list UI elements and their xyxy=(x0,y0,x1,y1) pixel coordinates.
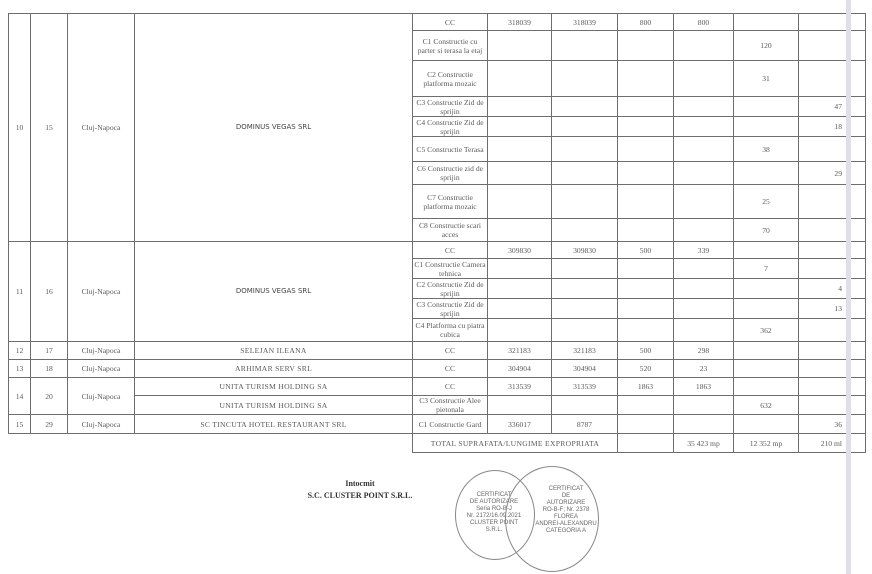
area-value xyxy=(674,61,734,97)
cadastral-number: 29 xyxy=(31,415,68,434)
built-area-value: 70 xyxy=(734,219,799,242)
area-value: 1863 xyxy=(674,378,734,396)
area-value xyxy=(674,319,734,342)
stamp-line: DE xyxy=(535,493,597,500)
owner-name: UNITA TURISM HOLDING SA xyxy=(135,396,413,415)
building-description: C6 Constructie zid de sprijin xyxy=(413,162,488,185)
edge-cell xyxy=(849,360,866,378)
built-area-value xyxy=(734,378,799,396)
area-value xyxy=(618,97,674,117)
edge-cell xyxy=(849,434,866,453)
building-description: CC xyxy=(413,360,488,378)
area-value xyxy=(488,279,552,299)
area-value: 304904 xyxy=(488,360,552,378)
expropriation-table: 1015Cluj-NapocaDOMINUS VEGAS SRLCC318039… xyxy=(8,13,866,453)
area-value xyxy=(488,319,552,342)
building-description: C5 Constructie Terasa xyxy=(413,137,488,162)
locality: Cluj-Napoca xyxy=(68,342,135,360)
owner-name: ARHIMAR SERV SRL xyxy=(135,360,413,378)
area-value xyxy=(674,162,734,185)
edge-cell xyxy=(849,97,866,117)
area-value xyxy=(618,162,674,185)
building-description: C7 Constructie platforma mozaic xyxy=(413,185,488,219)
area-value: 309830 xyxy=(552,242,618,259)
area-value xyxy=(488,117,552,137)
blank xyxy=(9,434,413,453)
document-page: 1015Cluj-NapocaDOMINUS VEGAS SRLCC318039… xyxy=(0,0,872,574)
owner-name: DOMINUS VEGAS SRL xyxy=(135,14,413,242)
row-number: 10 xyxy=(9,14,31,242)
stamp-line: CATEGORIA A xyxy=(535,528,597,535)
edge-cell xyxy=(849,415,866,434)
built-area-value xyxy=(734,415,799,434)
table-row: 1318Cluj-NapocaARHIMAR SERV SRLCC3049043… xyxy=(9,360,866,378)
area-value xyxy=(488,185,552,219)
area-value xyxy=(552,137,618,162)
stamp-line: RO-B-F; Nr. 2378 xyxy=(535,507,597,514)
area-value xyxy=(488,396,552,415)
area-value xyxy=(674,185,734,219)
area-value xyxy=(618,299,674,319)
length-value xyxy=(799,396,849,415)
area-value: 336017 xyxy=(488,415,552,434)
building-description: C3 Constructie Zid de sprijin xyxy=(413,299,488,319)
table-row: 1529Cluj-NapocaSC TINCUTA HOTEL RESTAURA… xyxy=(9,415,866,434)
area-value: 339 xyxy=(674,242,734,259)
owner-name: UNITA TURISM HOLDING SA xyxy=(135,378,413,396)
area-value: 23 xyxy=(674,360,734,378)
area-value xyxy=(618,396,674,415)
length-value: 13 xyxy=(799,299,849,319)
area-value xyxy=(552,185,618,219)
built-area-value xyxy=(734,117,799,137)
table-row: 1116Cluj-NapocaDOMINUS VEGAS SRLCC309830… xyxy=(9,242,866,259)
area-value xyxy=(618,279,674,299)
building-description: CC xyxy=(413,14,488,31)
built-area-value: 38 xyxy=(734,137,799,162)
built-area-value xyxy=(734,14,799,31)
length-value xyxy=(799,319,849,342)
building-description: C4 Constructie Zid de sprijin xyxy=(413,117,488,137)
area-value xyxy=(674,219,734,242)
area-value xyxy=(674,137,734,162)
table-row: 1217Cluj-NapocaSELEJAN ILEANACC321183321… xyxy=(9,342,866,360)
area-value xyxy=(618,219,674,242)
area-value xyxy=(674,279,734,299)
built-area-value: 31 xyxy=(734,61,799,97)
area-value: 321183 xyxy=(488,342,552,360)
stamp-right-text: CERTIFICATDEAUTORIZARERO-B-F; Nr. 2378FL… xyxy=(535,486,597,535)
length-value: 29 xyxy=(799,162,849,185)
length-value xyxy=(799,259,849,279)
area-value xyxy=(552,31,618,61)
length-value: 36 xyxy=(799,415,849,434)
building-description: C3 Constructie Zid de sprijin xyxy=(413,97,488,117)
area-value xyxy=(488,299,552,319)
building-description: C2 Constructie platforma mozaic xyxy=(413,61,488,97)
built-area-value: 120 xyxy=(734,31,799,61)
area-value: 800 xyxy=(674,14,734,31)
area-value xyxy=(674,97,734,117)
author-block: Intocmit S.C. CLUSTER POINT S.R.L. xyxy=(290,478,430,502)
stamp-line: FLOREA xyxy=(535,514,597,521)
built-area-value xyxy=(734,360,799,378)
length-value xyxy=(799,360,849,378)
edge-cell xyxy=(849,117,866,137)
area-value xyxy=(552,61,618,97)
area-value xyxy=(618,319,674,342)
company-name: S.C. CLUSTER POINT S.R.L. xyxy=(290,490,430,502)
edge-cell xyxy=(849,342,866,360)
stamp-line: AUTORIZARE xyxy=(535,500,597,507)
building-description: C3 Constructie Alee pietonala xyxy=(413,396,488,415)
area-value xyxy=(618,185,674,219)
area-value: 298 xyxy=(674,342,734,360)
cadastral-number: 17 xyxy=(31,342,68,360)
area-value xyxy=(618,31,674,61)
length-value xyxy=(799,14,849,31)
built-area-value: 7 xyxy=(734,259,799,279)
area-value: 500 xyxy=(618,342,674,360)
row-number: 11 xyxy=(9,242,31,342)
row-number: 12 xyxy=(9,342,31,360)
total-value xyxy=(618,434,674,453)
page-edge-bar xyxy=(846,0,851,574)
prepared-label: Intocmit xyxy=(290,478,430,490)
built-area-value xyxy=(734,242,799,259)
area-value xyxy=(488,61,552,97)
area-value xyxy=(488,97,552,117)
area-value xyxy=(674,299,734,319)
locality: Cluj-Napoca xyxy=(68,378,135,415)
length-value: 18 xyxy=(799,117,849,137)
area-value: 309830 xyxy=(488,242,552,259)
area-value: 318039 xyxy=(552,14,618,31)
stamp-line: ANDREI-ALEXANDRU xyxy=(535,521,597,528)
owner-name: SELEJAN ILEANA xyxy=(135,342,413,360)
area-value xyxy=(552,97,618,117)
area-value: 313539 xyxy=(488,378,552,396)
cadastral-number: 18 xyxy=(31,360,68,378)
area-value xyxy=(488,137,552,162)
total-value: 210 ml xyxy=(799,434,849,453)
area-value: 304904 xyxy=(552,360,618,378)
length-value: 47 xyxy=(799,97,849,117)
built-area-value xyxy=(734,97,799,117)
building-description: C4 Platforma cu piatra cubica xyxy=(413,319,488,342)
area-value xyxy=(552,219,618,242)
area-value xyxy=(674,259,734,279)
built-area-value: 25 xyxy=(734,185,799,219)
table-row: 1015Cluj-NapocaDOMINUS VEGAS SRLCC318039… xyxy=(9,14,866,31)
edge-cell xyxy=(849,219,866,242)
row-number: 15 xyxy=(9,415,31,434)
area-value xyxy=(552,162,618,185)
length-value xyxy=(799,378,849,396)
stamp-line: CERTIFICAT xyxy=(535,486,597,493)
area-value xyxy=(552,279,618,299)
area-value: 318039 xyxy=(488,14,552,31)
building-description: C2 Constructie Zid de sprijin xyxy=(413,279,488,299)
area-value: 500 xyxy=(618,242,674,259)
area-value: 520 xyxy=(618,360,674,378)
owner-name: SC TINCUTA HOTEL RESTAURANT SRL xyxy=(135,415,413,434)
built-area-value xyxy=(734,342,799,360)
edge-cell xyxy=(849,14,866,31)
edge-cell xyxy=(849,242,866,259)
area-value xyxy=(552,117,618,137)
total-row: TOTAL SUPRAFATA/LUNGIME EXPROPRIATA35 42… xyxy=(9,434,866,453)
length-value xyxy=(799,137,849,162)
length-value xyxy=(799,219,849,242)
edge-cell xyxy=(849,137,866,162)
area-value: 321183 xyxy=(552,342,618,360)
building-description: CC xyxy=(413,378,488,396)
building-description: C8 Constructie scari acces xyxy=(413,219,488,242)
owner-name: DOMINUS VEGAS SRL xyxy=(135,242,413,342)
edge-cell xyxy=(849,378,866,396)
cadastral-number: 15 xyxy=(31,14,68,242)
length-value xyxy=(799,61,849,97)
area-value xyxy=(552,259,618,279)
area-value xyxy=(674,117,734,137)
edge-cell xyxy=(849,299,866,319)
length-value: 4 xyxy=(799,279,849,299)
area-value: 800 xyxy=(618,14,674,31)
area-value xyxy=(618,415,674,434)
length-value xyxy=(799,342,849,360)
total-label: TOTAL SUPRAFATA/LUNGIME EXPROPRIATA xyxy=(413,434,618,453)
row-number: 14 xyxy=(9,378,31,415)
area-value xyxy=(674,31,734,61)
area-value xyxy=(618,117,674,137)
area-value xyxy=(552,319,618,342)
locality: Cluj-Napoca xyxy=(68,242,135,342)
area-value xyxy=(488,162,552,185)
table-row: UNITA TURISM HOLDING SAC3 Constructie Al… xyxy=(9,396,866,415)
area-value xyxy=(552,299,618,319)
locality: Cluj-Napoca xyxy=(68,14,135,242)
edge-cell xyxy=(849,162,866,185)
built-area-value xyxy=(734,162,799,185)
built-area-value: 362 xyxy=(734,319,799,342)
area-value: 313539 xyxy=(552,378,618,396)
built-area-value: 632 xyxy=(734,396,799,415)
edge-cell xyxy=(849,319,866,342)
length-value xyxy=(799,31,849,61)
length-value xyxy=(799,185,849,219)
edge-cell xyxy=(849,31,866,61)
built-area-value xyxy=(734,299,799,319)
area-value xyxy=(488,31,552,61)
building-description: C1 Constructie cu parter si terasa la et… xyxy=(413,31,488,61)
area-value xyxy=(488,259,552,279)
building-description: CC xyxy=(413,342,488,360)
cadastral-number: 20 xyxy=(31,378,68,415)
building-description: CC xyxy=(413,242,488,259)
edge-cell xyxy=(849,279,866,299)
locality: Cluj-Napoca xyxy=(68,415,135,434)
area-value xyxy=(618,61,674,97)
cadastral-number: 16 xyxy=(31,242,68,342)
total-value: 35 423 mp xyxy=(674,434,734,453)
locality: Cluj-Napoca xyxy=(68,360,135,378)
area-value xyxy=(674,396,734,415)
area-value xyxy=(674,415,734,434)
built-area-value xyxy=(734,279,799,299)
area-value xyxy=(488,219,552,242)
row-number: 13 xyxy=(9,360,31,378)
edge-cell xyxy=(849,396,866,415)
area-value xyxy=(552,396,618,415)
area-value: 1863 xyxy=(618,378,674,396)
total-value: 12 352 mp xyxy=(734,434,799,453)
area-value xyxy=(618,137,674,162)
edge-cell xyxy=(849,185,866,219)
edge-cell xyxy=(849,61,866,97)
table-row: 1420Cluj-NapocaUNITA TURISM HOLDING SACC… xyxy=(9,378,866,396)
length-value xyxy=(799,242,849,259)
building-description: C1 Constructie Gard xyxy=(413,415,488,434)
building-description: C1 Constructie Camera tehnica xyxy=(413,259,488,279)
area-value xyxy=(618,259,674,279)
area-value: 8787 xyxy=(552,415,618,434)
edge-cell xyxy=(849,259,866,279)
